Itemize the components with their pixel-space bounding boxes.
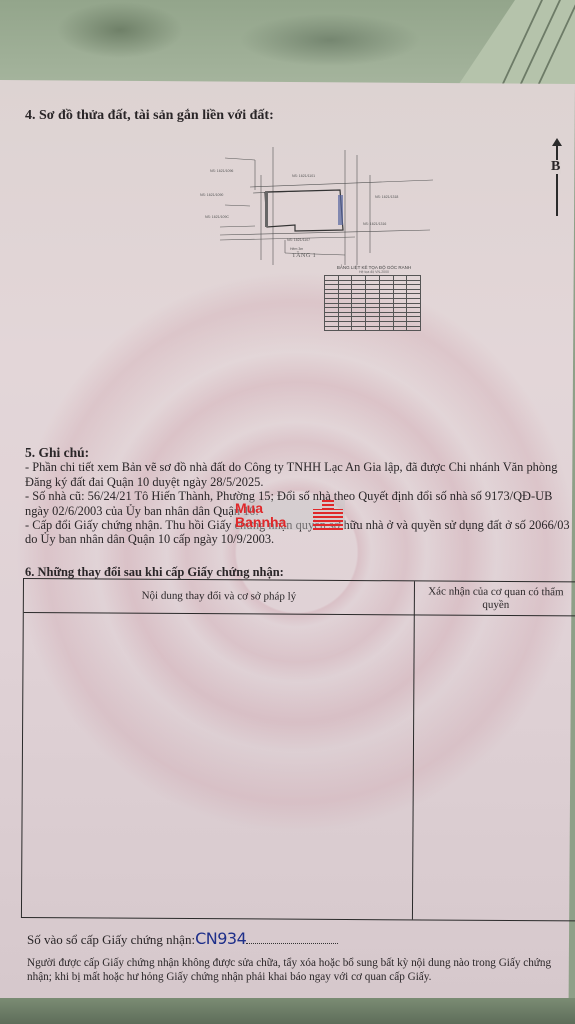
certificate-number-line: Số vào sổ cấp Giấy chứng nhận:CN934 bbox=[27, 929, 338, 948]
neighbor-label: NS: 1621/1107 bbox=[287, 238, 310, 242]
neighbor-label: NS: 1621/1096 bbox=[210, 169, 233, 173]
neighbor-label: NS: 1621/1090 bbox=[200, 193, 223, 197]
background-surface-bottom bbox=[0, 998, 575, 1024]
neighbor-label: NS: 1621/109C bbox=[205, 215, 229, 219]
column-header-confirmation: Xác nhận của cơ quan có thẩm quyền bbox=[416, 585, 575, 611]
coordinate-grid bbox=[324, 275, 421, 331]
section-5-heading: 5. Ghi chú: bbox=[25, 446, 575, 460]
watermark-text-line2: Bannha bbox=[235, 515, 286, 529]
background-cover-corner bbox=[415, 0, 575, 90]
coordinate-table: BẢNG LIỆT KÊ TỌA ĐỘ GÓC RANH Hệ tọa độ V… bbox=[324, 265, 424, 331]
changes-table: Nội dung thay đổi và cơ sở pháp lý Xác n… bbox=[21, 578, 575, 921]
north-label: B bbox=[550, 160, 561, 174]
coordinate-cell bbox=[379, 326, 393, 331]
coordinate-cell bbox=[325, 326, 339, 331]
neighbor-label: NS: 1621/1101 bbox=[292, 174, 315, 178]
disclaimer-text: Người được cấp Giấy chứng nhận không đượ… bbox=[27, 957, 572, 984]
arrow-up-icon bbox=[552, 138, 562, 146]
neighbor-label: NS: 1621/1318 bbox=[375, 195, 398, 199]
coordinate-cell bbox=[393, 326, 407, 331]
header-divider bbox=[24, 612, 575, 617]
north-arrow: B bbox=[548, 138, 568, 218]
coordinate-cell bbox=[352, 326, 366, 331]
watermark: Mua Bannha bbox=[233, 500, 363, 536]
coordinate-row bbox=[325, 326, 421, 331]
neighbor-label: NS: 1621/1316 bbox=[363, 222, 386, 226]
north-arrow-shaft bbox=[556, 144, 558, 216]
background-surface-top bbox=[0, 0, 575, 90]
land-plot-diagram: NS: 1621/1096 NS: 1621/1090 NS: 1621/109… bbox=[195, 135, 435, 265]
plot-floor-caption: TẦNG 1 bbox=[292, 253, 316, 259]
section-4-heading: 4. Sơ đồ thửa đất, tài sản gắn liền với … bbox=[25, 108, 274, 124]
watermark-text-line1: Mua bbox=[235, 501, 263, 515]
note-line: - Phần chi tiết xem Bản vẽ sơ đồ nhà đất… bbox=[25, 460, 575, 489]
coordinate-cell bbox=[338, 326, 352, 331]
coordinate-table-subtitle: Hệ tọa độ VN-2000 bbox=[324, 270, 424, 274]
coordinate-cell bbox=[366, 326, 380, 331]
certificate-number-value: CN934 bbox=[195, 929, 246, 948]
coordinate-cell bbox=[407, 326, 421, 331]
column-header-content: Nội dung thay đổi và cơ sở pháp lý bbox=[24, 589, 414, 603]
plot-drawing: NS: 1621/1096 NS: 1621/1090 NS: 1621/109… bbox=[195, 135, 435, 265]
column-divider bbox=[412, 581, 415, 919]
road-label: Hẻm 3m bbox=[290, 247, 303, 251]
certificate-number-label: Số vào sổ cấp Giấy chứng nhận: bbox=[27, 932, 195, 947]
dotted-fill-line bbox=[246, 943, 338, 944]
